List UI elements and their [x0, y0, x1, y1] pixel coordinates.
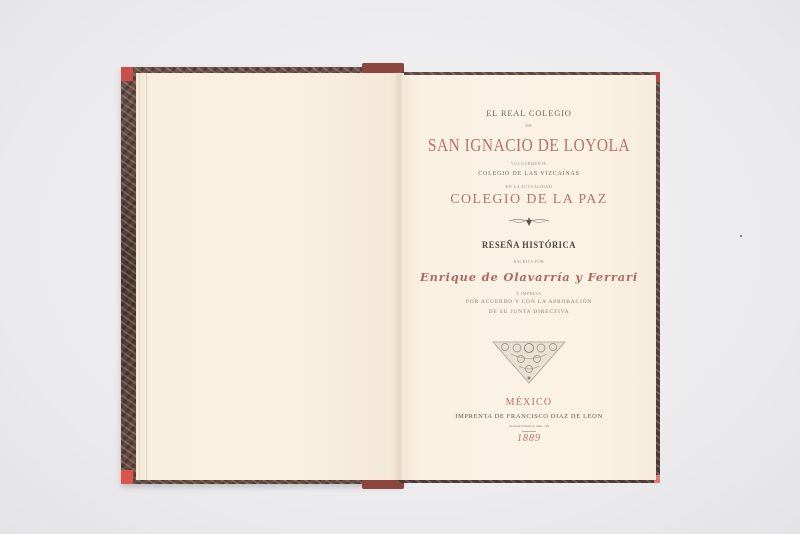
left-blank-page	[136, 73, 400, 480]
flyleaf-edge	[139, 73, 140, 480]
connector-de: DE	[402, 123, 656, 128]
title-line-1: EL REAL COLEGIO	[402, 108, 656, 118]
note-line-1: POR ACUERDO Y CON LA APROBACIÓN	[402, 299, 656, 305]
dust-speck	[740, 235, 742, 237]
place-of-publication: MÉXICO	[402, 397, 656, 408]
fleuron-ornament-icon	[507, 216, 551, 234]
divider-rule	[522, 431, 536, 432]
leather-corner-bottom-left	[121, 470, 133, 484]
flyleaf-edge	[146, 73, 147, 480]
connector-vulgarmente: VULGARMENTE	[402, 161, 656, 166]
lace-triangle-ornament-icon	[491, 339, 567, 390]
printer: IMPRENTA DE FRANCISCO DIAZ DE LEON	[402, 413, 656, 420]
main-title: SAN IGNACIO DE LOYOLA	[417, 135, 641, 156]
note-line-2: DE SU JUNTA DIRECTIVA	[402, 309, 656, 315]
connector-impresa: É IMPRESA	[402, 291, 656, 296]
author-name: Enrique de Olavarría y Ferrari	[402, 270, 656, 284]
connector-actualidad: EN LA ACTUALIDAD	[402, 184, 656, 189]
title-line-7: COLEGIO DE LA PAZ	[402, 192, 656, 208]
publication-year: 1889	[402, 433, 656, 444]
leather-corner-top-left	[121, 67, 133, 81]
title-page: EL REAL COLEGIO DE SAN IGNACIO DE LOYOLA…	[402, 75, 656, 480]
subtitle: RESEÑA HISTÓRICA	[415, 241, 644, 251]
open-book: EL REAL COLEGIO DE SAN IGNACIO DE LOYOLA…	[0, 0, 800, 534]
connector-escrita-por: ESCRITA POR	[402, 259, 656, 264]
title-line-5: COLEGIO DE LAS VIZCAÍNAS	[402, 171, 656, 177]
printer-address: Avenida Oriente 2, núm. 726	[402, 424, 656, 428]
